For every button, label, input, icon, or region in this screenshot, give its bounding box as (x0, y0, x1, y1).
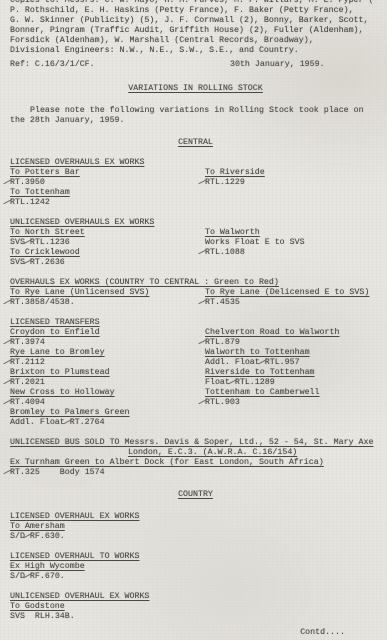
intro-text: the 28th January, 1959. (10, 116, 381, 126)
route-heading: To Rye Lane (Unlicensed SVS) (10, 288, 205, 298)
fleet-number: SVS RLH.34B. (10, 612, 381, 622)
route-heading: Croydon to Enfield (10, 328, 205, 338)
route-heading: To Walworth (205, 228, 381, 238)
fleet-number: RTL.879 (205, 338, 381, 348)
fleet-number: RT.3950 (10, 178, 205, 188)
copies-line: Forsdick (Aldenham), W. Marshall (Centra… (10, 36, 381, 46)
route-heading: To Cricklewood (10, 248, 205, 258)
route-heading: Walworth to Tottenham (205, 348, 381, 358)
document-date: 30th January, 1959. (205, 60, 381, 70)
route-heading: Bromley to Palmers Green (10, 408, 205, 418)
route-heading: Ex High Wycombe (10, 562, 381, 572)
subsection-heading: LICENSED OVERHAUL TO WORKS (10, 552, 381, 562)
fleet-number: RT.2112 (10, 358, 205, 368)
subsection-heading: LICENSED OVERHAUL EX WORKS (10, 512, 381, 522)
subsection-heading: LICENSED TRANSFERS (10, 318, 381, 328)
fleet-number: RTL.1229 (205, 178, 381, 188)
copies-line: G. W. Skinner (Publicity) (5), J. F. Cor… (10, 16, 381, 26)
fleet-number: RTL.1088 (205, 248, 381, 258)
section-heading-central-line: CENTRAL (10, 138, 381, 148)
subsection-heading: LICENSED OVERHAULS EX WORKS (10, 158, 381, 168)
route-heading: To Potters Bar (10, 168, 205, 178)
fleet-number: SVS RTL.1236 (10, 238, 205, 248)
route-heading: Chelverton Road to Walworth (205, 328, 381, 338)
section-heading-country: COUNTRY (178, 490, 213, 499)
body-number: Body 1574 (60, 468, 105, 477)
scanned-document-page: Copies to: Messrs. C. W. Mayo, H. M. Pur… (0, 0, 387, 640)
route-heading: To Riverside (205, 168, 381, 178)
route-heading: Rye Lane to Bromley (10, 348, 205, 358)
fleet-number: SVS RT.2636 (10, 258, 205, 268)
float-note: Works Float E to SVS (205, 238, 381, 248)
fleet-number: RT.4094 (10, 398, 205, 408)
bus-sold-heading: London, E.C.3. (A.W.R.A. C.16/154) (10, 448, 381, 458)
ref-date-row: Ref: C.16/3/1/CF. 30th January, 1959. (10, 60, 381, 70)
route-heading: To Rye Lane (Delicensed E to SVS) (205, 288, 381, 298)
fleet-number: Addl. Float RT.2764 (10, 418, 205, 428)
route-heading: Riverside to Tottenham (205, 368, 381, 378)
fleet-number: RTL.1242 (10, 198, 205, 208)
fleet-number: Float RTL.1289 (205, 378, 381, 388)
fleet-number: Addl. Float RTL.957 (205, 358, 381, 368)
subsection-heading: UNLICENSED OVERHAUL EX WORKS (10, 592, 381, 602)
route-heading: Ex Turnham Green to Albert Dock (for Eas… (10, 458, 381, 468)
copies-line: Divisional Engineers: N.W., N.E., S.W., … (10, 46, 381, 56)
route-heading: To Tottenham (10, 188, 205, 198)
fleet-number: RT.325 Body 1574 (10, 468, 381, 478)
section-heading-country-line: COUNTRY (10, 490, 381, 500)
route-heading: New Cross to Holloway (10, 388, 205, 398)
continued-marker: Contd.... (10, 628, 381, 638)
document-title: VARIATIONS IN ROLLING STOCK (128, 84, 262, 93)
route-heading: To North Street (10, 228, 205, 238)
fleet-number: RT.2021 (10, 378, 205, 388)
fleet-number: RTL.903 (205, 398, 381, 408)
fleet-number: S/D RF.630. (10, 532, 381, 542)
subsection-heading: UNLICENSED OVERHAULS EX WORKS (10, 218, 381, 228)
fleet-number: S/D RF.670. (10, 572, 381, 582)
subsection-heading: OVERHAULS EX WORKS (COUNTRY TO CENTRAL :… (10, 278, 381, 288)
bus-sold-heading: UNLICENSED BUS SOLD TO Messrs. Davis & S… (10, 438, 381, 448)
route-heading: To Amersham (10, 522, 381, 532)
fleet-number: RT.3858/4538. (10, 298, 205, 308)
route-heading: Tottenham to Camberwell (205, 388, 381, 398)
copies-line: P. Rothschild, E. H. Haskins (Petty Fran… (10, 6, 381, 16)
document-body: Copies to: Messrs. C. W. Mayo, H. M. Pur… (10, 0, 381, 638)
fleet-number: RT.3974 (10, 338, 205, 348)
document-title-line: VARIATIONS IN ROLLING STOCK (10, 84, 381, 94)
reference-number: Ref: C.16/3/1/CF. (10, 60, 205, 70)
route-heading: To Godstone (10, 602, 381, 612)
fleet-number: RT.4535 (205, 298, 381, 308)
intro-text: Please note the following variations in … (10, 106, 381, 116)
section-heading-central: CENTRAL (178, 138, 213, 147)
route-heading: Brixton to Plumstead (10, 368, 205, 378)
copies-line: Bonner, Pingram (Traffic Audit, Griffith… (10, 26, 381, 36)
